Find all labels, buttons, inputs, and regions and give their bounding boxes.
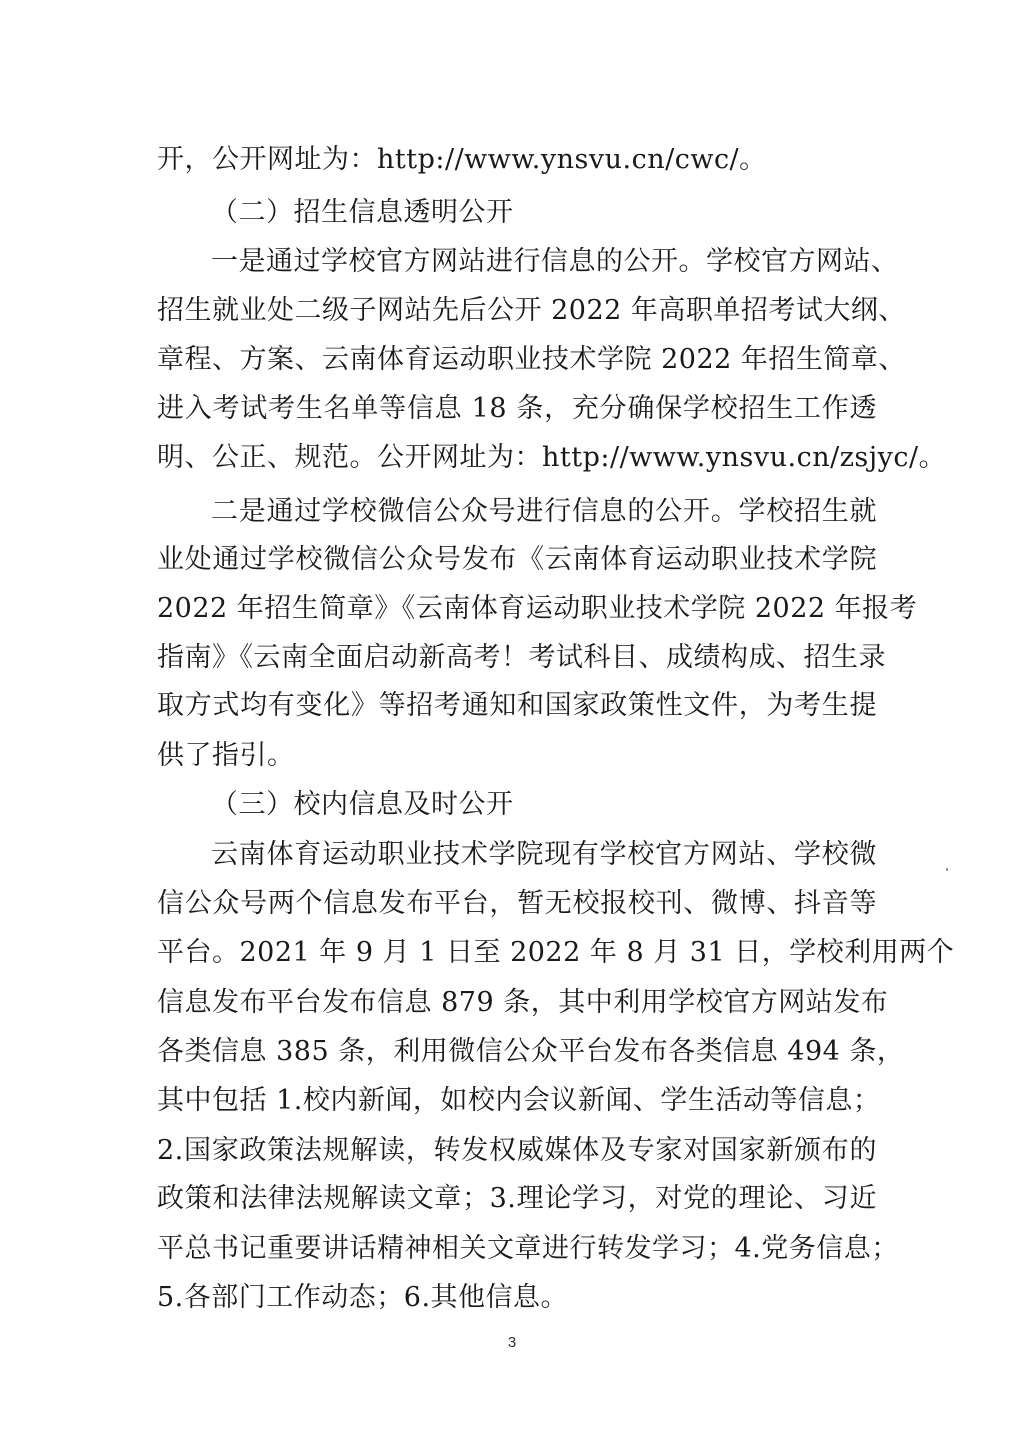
paragraph-line: 信公众号两个信息发布平台，暂无校报校刊、微博、抖音等 <box>157 887 877 921</box>
paragraph-line: 指南》《云南全面启动新高考！考试科目、成绩构成、招生录 <box>157 641 877 675</box>
paragraph-line: 二是通过学校微信公众号进行信息的公开。学校招生就 <box>211 495 877 529</box>
paragraph-line: 明、公正、规范。公开网址为：http://www.ynsvu.cn/zsjyc/… <box>157 441 877 475</box>
paragraph-line: 进入考试考生名单等信息 18 条，充分确保学校招生工作透 <box>157 392 877 426</box>
paragraph-line: 其中包括 1.校内新闻，如校内会议新闻、学生活动等信息； <box>157 1084 877 1118</box>
paragraph-line: 5.各部门工作动态；6.其他信息。 <box>157 1281 877 1315</box>
paragraph-line: 开，公开网址为：http://www.ynsvu.cn/cwc/。 <box>157 143 877 177</box>
paragraph-line: 2022 年招生简章》《云南体育运动职业技术学院 2022 年报考 <box>157 592 877 626</box>
document-page: 开，公开网址为：http://www.ynsvu.cn/cwc/。 （二）招生信… <box>0 0 1024 1447</box>
page-number: 3 <box>0 1334 1024 1351</box>
paragraph-line: 平台。2021 年 9 月 1 日至 2022 年 8 月 31 日，学校利用两… <box>157 936 877 970</box>
paragraph-line: 2.国家政策法规解读，转发权威媒体及专家对国家新颁布的 <box>157 1134 877 1168</box>
paragraph-line: 信息发布平台发布信息 879 条，其中利用学校官方网站发布 <box>157 986 877 1020</box>
paragraph-line: 供了指引。 <box>157 739 877 773</box>
paragraph-line: 一是通过学校官方网站进行信息的公开。学校官方网站、 <box>211 245 877 279</box>
scan-speck <box>946 868 948 871</box>
paragraph-line: 业处通过学校微信公众号发布《云南体育运动职业技术学院 <box>157 543 877 577</box>
paragraph-line: 章程、方案、云南体育运动职业技术学院 2022 年招生简章、 <box>157 343 877 377</box>
paragraph-line: 取方式均有变化》等招考通知和国家政策性文件，为考生提 <box>157 689 877 723</box>
paragraph-line: 平总书记重要讲话精神相关文章进行转发学习；4.党务信息； <box>157 1232 877 1266</box>
section-heading-admissions: （二）招生信息透明公开 <box>211 196 514 230</box>
paragraph-line: 政策和法律法规解读文章；3.理论学习，对党的理论、习近 <box>157 1182 877 1216</box>
paragraph-line: 云南体育运动职业技术学院现有学校官方网站、学校微 <box>211 838 877 872</box>
paragraph-line: 各类信息 385 条，利用微信公众平台发布各类信息 494 条， <box>157 1035 877 1069</box>
paragraph-line: 招生就业处二级子网站先后公开 2022 年高职单招考试大纲、 <box>157 294 877 328</box>
section-heading-campus-info: （三）校内信息及时公开 <box>211 788 514 822</box>
